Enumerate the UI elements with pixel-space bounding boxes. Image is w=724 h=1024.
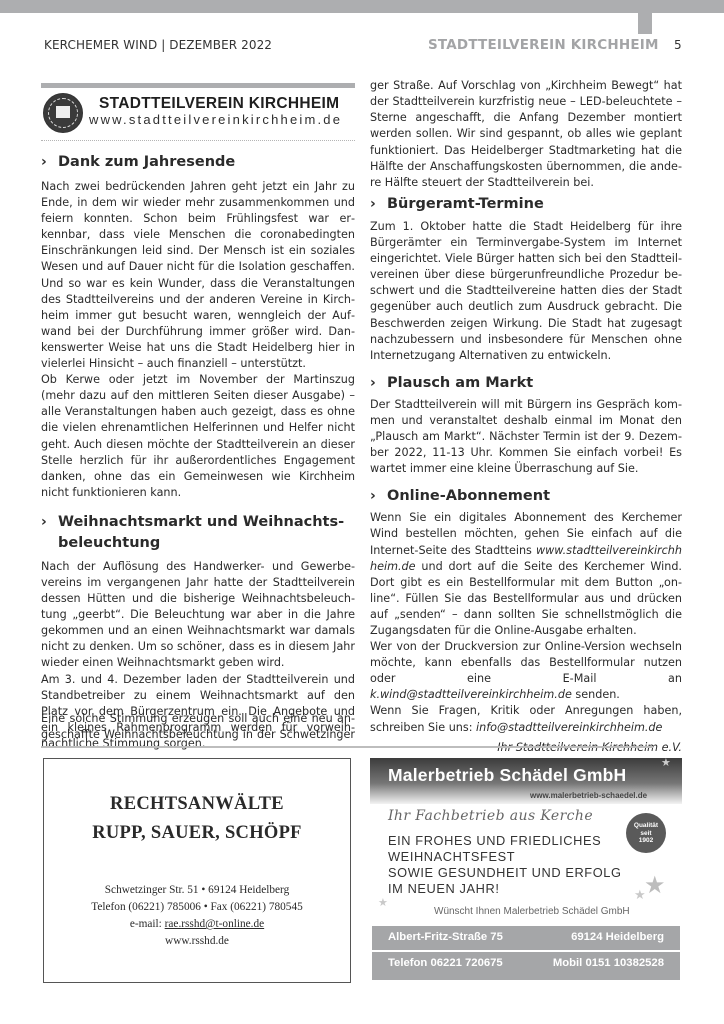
email-link-kwind[interactable]: k.wind@stadtteilvereinkirchheim.de <box>370 688 572 701</box>
seal-building <box>56 106 70 118</box>
club-seal-icon <box>43 93 83 133</box>
top-gray-bar <box>0 0 724 13</box>
paragraph: Eine solche Stimmung erzeugen soll auch … <box>370 78 682 190</box>
dotted-divider <box>41 140 355 141</box>
badge-text: seit <box>640 830 651 837</box>
ad-lawyers-phone: Telefon (06221) 785006 • Fax (06221) 780… <box>44 901 350 913</box>
star-icon: ★ <box>661 756 671 769</box>
ad-painter-url[interactable]: www.malerbetrieb-schaedel.de <box>530 791 647 800</box>
paragraph: Der Stadtteilverein will mit Bürgern ins… <box>370 397 682 477</box>
paragraph: Wer von der Druckversion zur Online-Vers… <box>370 639 682 703</box>
ad-lawyers-web[interactable]: www.rsshd.de <box>44 935 350 947</box>
star-icon: ★ <box>634 888 646 903</box>
left-column-tail: Eine solche Stimmung erzeugen soll auch … <box>41 711 355 745</box>
paragraph: Zum 1. Oktober hatte die Stadt Heidelber… <box>370 219 682 364</box>
heading-text: Bürgeramt-Termine <box>387 196 544 212</box>
chevron-right-icon: › <box>370 373 376 394</box>
quality-badge: Qualität seit 1902 <box>626 813 666 853</box>
ad-painter-address-bar: Albert-Fritz-Straße 75 69124 Heidelberg <box>372 926 680 950</box>
heading-online: ›Online-Abonnement <box>370 486 682 507</box>
brand-url[interactable]: www.stadtteilvereinkirchheim.de <box>89 112 342 127</box>
continued-paragraph: Eine solche Stimmung erzeugen soll auch … <box>370 78 682 190</box>
heading-dank: ›Dank zum Jahresende <box>41 152 355 173</box>
brand-block: STADTTEILVEREIN KIRCHHEIM www.stadtteilv… <box>41 90 355 138</box>
heading-buergeramt: ›Bürgeramt-Termine <box>370 194 682 215</box>
ad-painter-phone-bar: Telefon 06221 720675 Mobil 0151 10382528 <box>372 952 680 980</box>
page-tab-marker <box>638 13 652 34</box>
email-link-info[interactable]: info@stadtteilvereinkirchheim.de <box>476 721 662 734</box>
ad-painter-mobile: Mobil 0151 10382528 <box>553 957 664 969</box>
running-header-publication: KERCHEMER WIND | DEZEMBER 2022 <box>44 38 272 52</box>
chevron-right-icon: › <box>370 194 376 215</box>
badge-text: Qualität <box>634 822 658 829</box>
ad-painter-message-line: WEIHNACHTSFEST <box>388 849 515 864</box>
page-number: 5 <box>674 38 682 52</box>
paragraph: Ob Kerwe oder jetzt im November der Mart… <box>41 372 355 501</box>
text: sen­den. <box>572 688 620 701</box>
paragraph: Eine solche Stimmung erzeugen soll auch … <box>41 711 355 745</box>
chevron-right-icon: › <box>370 486 376 507</box>
ad-painter: Malerbetrieb Schädel GmbH ★ www.malerbet… <box>370 758 682 983</box>
paragraph: Nach zwei bedrückenden Jahren geht jetzt… <box>41 179 355 372</box>
running-header-section: STADTTEILVEREIN KIRCHHEIM <box>428 37 659 53</box>
paragraph: Nach der Auflösung des Handwerker- und G… <box>41 559 355 672</box>
badge-text: 1902 <box>639 837 653 844</box>
chevron-right-icon: › <box>41 152 47 173</box>
star-icon: ★ <box>644 871 666 899</box>
ad-painter-city: 69124 Heidelberg <box>571 931 664 943</box>
ad-painter-tagline: Ihr Fachbetrieb aus Kerche <box>388 808 593 824</box>
heading-text: beleuchtung <box>58 535 160 551</box>
brand-name: STADTTEILVEREIN KIRCHHEIM <box>99 95 339 113</box>
ad-lawyers-email-line: e-mail: rae.rsshd@t-online.de <box>44 918 350 930</box>
chevron-right-icon: › <box>41 512 47 533</box>
heading-text: Dank zum Jahresende <box>58 154 235 170</box>
ad-lawyers-email[interactable]: rae.rsshd@t-online.de <box>165 918 265 930</box>
ad-painter-message-line: IM NEUEN JAHR! <box>388 881 500 896</box>
ad-painter-name: Malerbetrieb Schädel GmbH <box>388 765 626 786</box>
ad-painter-street: Albert-Fritz-Straße 75 <box>388 931 503 943</box>
heading-text: Plausch am Markt <box>387 375 533 391</box>
star-icon: ★ <box>378 896 388 909</box>
right-column: Eine solche Stimmung erzeugen soll auch … <box>370 78 682 776</box>
heading-text: Online-Abonnement <box>387 488 550 504</box>
ad-painter-message-line: SOWIE GESUNDHEIT UND ERFOLG <box>388 865 622 880</box>
heading-plausch: ›Plausch am Markt <box>370 373 682 394</box>
ad-painter-phone: Telefon 06221 720675 <box>388 957 503 969</box>
text: Wer von der Druckversion zur Online-Vers… <box>370 640 682 685</box>
ad-painter-wish: Wünscht Ihnen Malerbetrieb Schädel GmbH <box>434 906 630 917</box>
ad-painter-message-line: EIN FROHES UND FRIEDLICHES <box>388 833 601 848</box>
left-column: ›Dank zum Jahresende Nach zwei bedrücken… <box>41 152 355 752</box>
ad-lawyers: RECHTSANWÄLTE RUPP, SAUER, SCHÖPF Schwet… <box>43 758 351 983</box>
ad-lawyers-names: RUPP, SAUER, SCHÖPF <box>44 823 350 844</box>
ads-divider <box>41 746 653 748</box>
text: und dort auf die Seite des Kerchemer Win… <box>370 560 682 637</box>
ad-lawyers-address: Schwetzinger Str. 51 • 69124 Heidelberg <box>44 884 350 896</box>
email-label: e-mail: <box>130 918 165 930</box>
heading-text: Weihnachtsmarkt und Weihnachts- <box>58 514 344 530</box>
ad-lawyers-title: RECHTSANWÄLTE <box>44 794 350 815</box>
heading-weihnachtsmarkt: ›Weihnachtsmarkt und Weihnachts-beleucht… <box>41 512 355 554</box>
paragraph: Wenn Sie Fragen, Kritik oder Anregungen … <box>370 703 682 735</box>
brand-top-bar <box>41 83 355 88</box>
paragraph: Wenn Sie ein digitales Abonnement des Ke… <box>370 510 682 639</box>
